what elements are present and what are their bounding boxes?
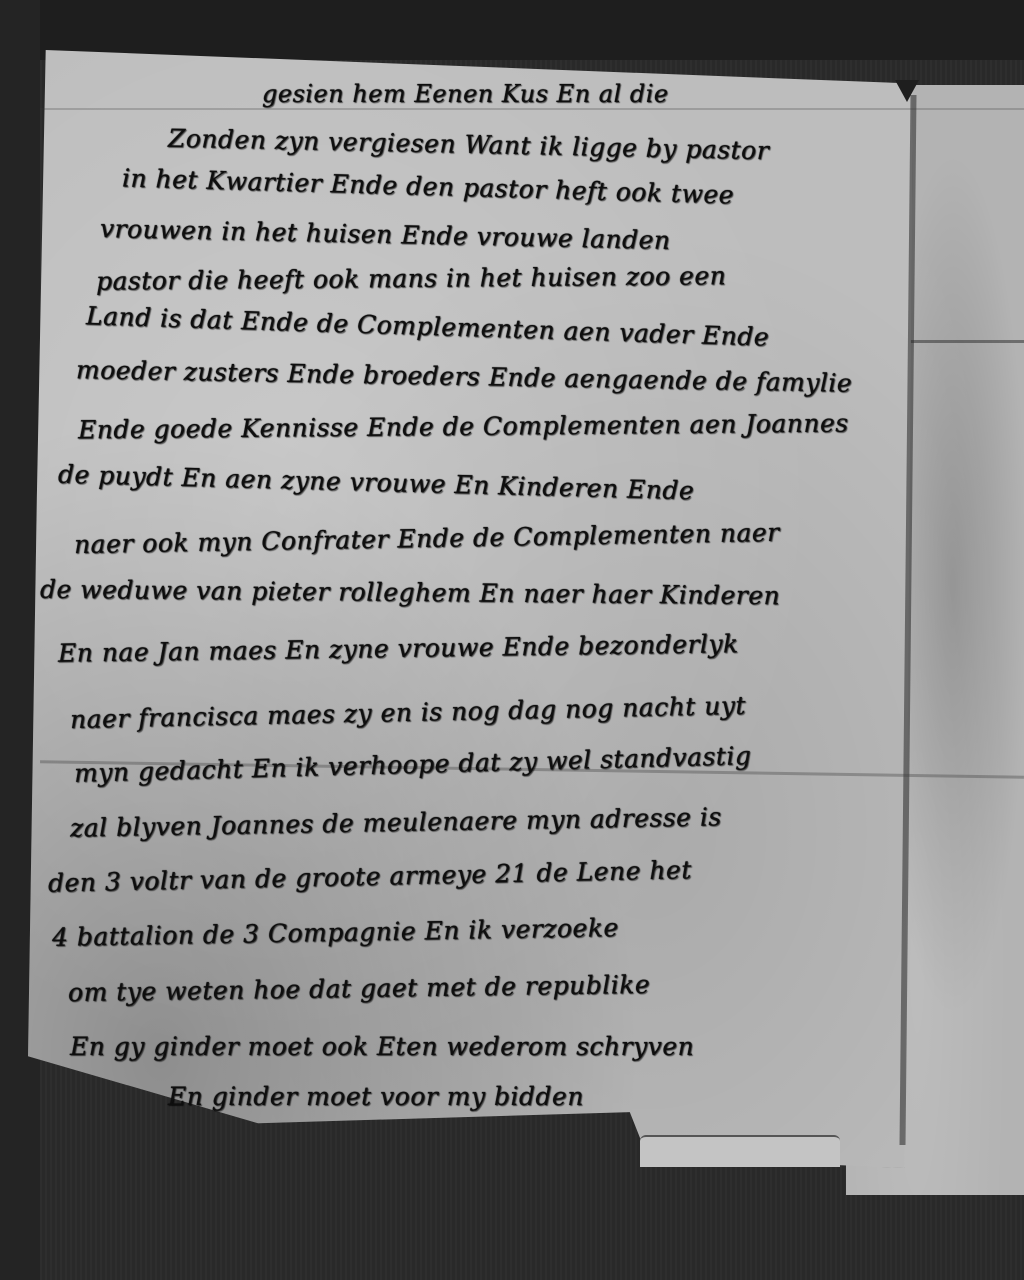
letter-line-14: myn gedacht En ik verhoope dat zy wel st…	[74, 741, 752, 788]
letter-text: gesien hem Eenen Kus En al die Zonden zy…	[0, 0, 1024, 1280]
letter-line-2: Zonden zyn vergiesen Want ik ligge by pa…	[168, 124, 770, 166]
letter-line-9: de puydt En aen zyne vrouwe En Kinderen …	[58, 460, 695, 506]
letter-line-7: moeder zusters Ende broeders Ende aengae…	[76, 355, 853, 398]
letter-line-16: den 3 voltr van de groote armeye 21 de L…	[48, 855, 692, 897]
letter-line-12: En nae Jan maes En zyne vrouwe Ende bezo…	[58, 629, 739, 668]
letter-line-1: gesien hem Eenen Kus En al die	[262, 80, 669, 108]
letter-line-8: Ende goede Kennisse Ende de Complementen…	[78, 409, 849, 445]
letter-line-11: de weduwe van pieter rolleghem En naer h…	[40, 575, 780, 610]
letter-line-17: 4 battalion de 3 Compagnie En ik verzoek…	[52, 913, 619, 952]
letter-line-18: om tye weten hoe dat gaet met de republi…	[68, 970, 651, 1007]
letter-line-3: in het Kwartier Ende den pastor heft ook…	[122, 163, 735, 209]
letter-line-6: Land is dat Ende de Complementen aen vad…	[86, 301, 770, 351]
letter-line-20: En ginder moet voor my bidden	[168, 1082, 584, 1111]
letter-line-15: zal blyven Joannes de meulenaere myn adr…	[70, 802, 722, 842]
letter-line-10: naer ook myn Confrater Ende de Complemen…	[74, 518, 780, 559]
letter-line-4: vrouwen in het huisen Ende vrouwe landen	[100, 214, 671, 255]
letter-line-5: pastor die heeft ook mans in het huisen …	[96, 261, 727, 295]
letter-line-13: naer francisca maes zy en is nog dag nog…	[70, 691, 747, 734]
letter-line-19: En gy ginder moet ook Eten wederom schry…	[70, 1032, 694, 1061]
